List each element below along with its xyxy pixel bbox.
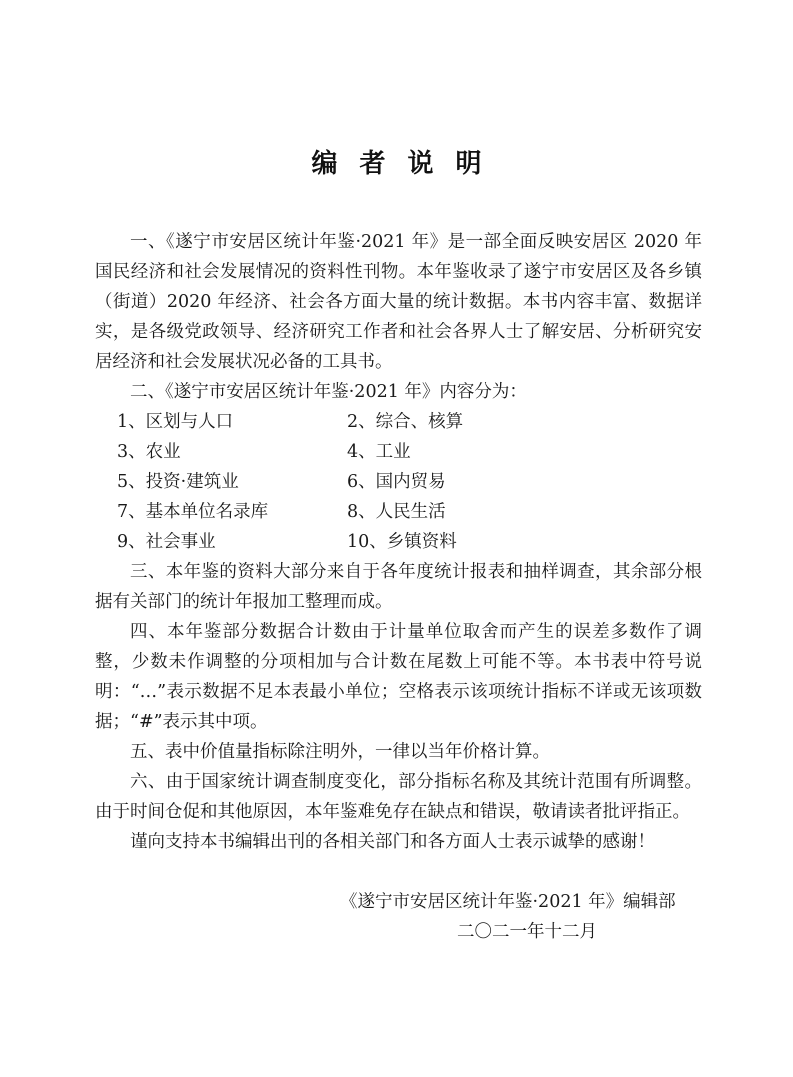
- list-item: 4、工业: [347, 437, 647, 467]
- paragraph-4: 四、本年鉴部分数据合计数由于计量单位取舍而产生的误差多数作了调整，少数未作调整的…: [95, 617, 702, 737]
- list-item: 2、综合、核算: [347, 407, 647, 437]
- signature-date: 二〇二一年十二月: [340, 917, 720, 947]
- list-item: 9、社会事业: [117, 527, 347, 557]
- list-item: 10、乡镇资料: [347, 527, 647, 557]
- editor-signature: 《遂宁市安居区统计年鉴·2021 年》编辑部: [340, 887, 720, 917]
- page-title: 编者说明: [0, 146, 793, 182]
- paragraph-5: 五、表中价值量指标除注明外，一律以当年价格计算。: [95, 737, 702, 767]
- signature-block: 《遂宁市安居区统计年鉴·2021 年》编辑部 二〇二一年十二月: [340, 887, 720, 947]
- paragraph-2: 二、《遂宁市安居区统计年鉴·2021 年》内容分为：: [95, 377, 702, 407]
- contents-list: 1、区划与人口 2、综合、核算 3、农业 4、工业 5、投资·建筑业 6、国内贸…: [95, 407, 702, 557]
- paragraph-6: 六、由于国家统计调查制度变化，部分指标名称及其统计范围有所调整。由于时间仓促和其…: [95, 767, 702, 827]
- list-item: 6、国内贸易: [347, 467, 647, 497]
- list-item: 1、区划与人口: [117, 407, 347, 437]
- list-item: 8、人民生活: [347, 497, 647, 527]
- list-item: 7、基本单位名录库: [117, 497, 347, 527]
- thanks-paragraph: 谨向支持本书编辑出刊的各相关部门和各方面人士表示诚挚的感谢！: [95, 827, 702, 857]
- paragraph-1: 一、《遂宁市安居区统计年鉴·2021 年》是一部全面反映安居区 2020 年国民…: [95, 227, 702, 377]
- paragraph-3: 三、本年鉴的资料大部分来自于各年度统计报表和抽样调查，其余部分根据有关部门的统计…: [95, 557, 702, 617]
- document-body: 一、《遂宁市安居区统计年鉴·2021 年》是一部全面反映安居区 2020 年国民…: [95, 227, 702, 857]
- list-item: 3、农业: [117, 437, 347, 467]
- list-item: 5、投资·建筑业: [117, 467, 347, 497]
- document-page: 编者说明 一、《遂宁市安居区统计年鉴·2021 年》是一部全面反映安居区 202…: [0, 0, 793, 1077]
